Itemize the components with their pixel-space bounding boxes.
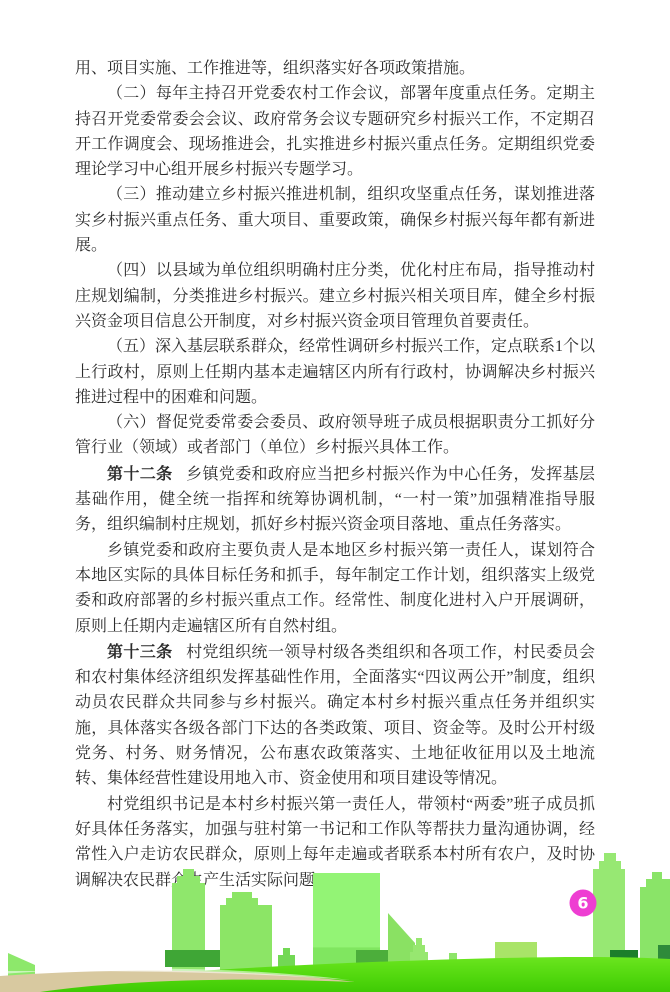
page-number: 6 <box>577 894 588 913</box>
paragraph-item-3: （三）推动建立乡村振兴推进机制，组织攻坚重点任务，谋划推进落实乡村振兴重点任务、… <box>75 182 595 258</box>
paragraph-article-13: 第十三条村党组织统一领导村级各类组织和各项工作，村民委员会和农村集体经济组织发挥… <box>75 639 595 792</box>
paragraph-item-6: （六）督促党委常委会委员、政府领导班子成员根据职责分工抓好分管行业（领域）或者部… <box>75 410 595 461</box>
document-page: 用、项目实施、工作推进等，组织落实好各项政策措施。 （二）每年主持召开党委农村工… <box>0 0 670 992</box>
paragraph-item-5: （五）深入基层联系群众，经常性调研乡村振兴工作，定点联系1个以上行政村，原则上任… <box>75 334 595 410</box>
article-12-number: 第十二条 <box>107 464 186 483</box>
paragraph-township-duty: 乡镇党委和政府主要负责人是本地区乡村振兴第一责任人，谋划符合本地区实际的具体目标… <box>75 538 595 639</box>
paragraph-item-4: （四）以县域为单位组织明确村庄分类，优化村庄布局，指导推动村庄规划编制，分类推进… <box>75 258 595 334</box>
document-body: 用、项目实施、工作推进等，组织落实好各项政策措施。 （二）每年主持召开党委农村工… <box>75 56 595 893</box>
page-number-badge: 6 <box>568 888 598 918</box>
article-13-number: 第十三条 <box>107 642 186 661</box>
paragraph-item-2: （二）每年主持召开党委农村工作会议，部署年度重点任务。定期主持召开党委常委会会议… <box>75 81 595 182</box>
paragraph-article-12: 第十二条乡镇党委和政府应当把乡村振兴作为中心任务，发挥基层基础作用，健全统一指挥… <box>75 461 595 538</box>
article-13-text: 村党组织统一领导村级各类组织和各项工作，村民委员会和农村集体经济组织发挥基础性作… <box>75 644 595 787</box>
paragraph-continuation: 用、项目实施、工作推进等，组织落实好各项政策措施。 <box>75 56 595 81</box>
cloud-shape <box>0 6 220 54</box>
